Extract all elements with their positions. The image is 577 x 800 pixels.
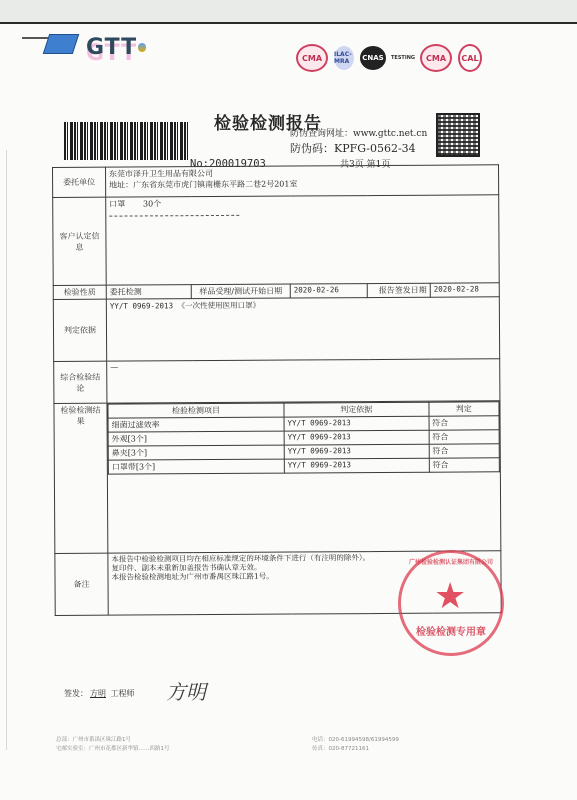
seal-ring-text: 广州检验检测认证集团有限公司 (407, 557, 495, 566)
customer-info-row: 客户认定信息 口罩 30个 (53, 195, 500, 286)
result-basis: YY/T 0969-2013 (284, 416, 429, 431)
customer-info-cell: 口罩 30个 (106, 195, 500, 285)
cma-mark-2-icon: CMA (420, 44, 452, 72)
cnas-mark-icon: CNAS (360, 46, 386, 70)
col-item: 检验检测项目 (108, 403, 284, 418)
results-cell: 检验检测项目 判定依据 判定 细菌过滤效率 YY/T 0969-2013 符合 … (107, 401, 501, 553)
cal-mark-icon: CAL (458, 44, 482, 72)
report-table: 委托单位 东莞市泽升卫生用品有限公司 地址：广东省东莞市虎门镇南栅东平路二巷2号… (52, 164, 502, 616)
results-table: 检验检测项目 判定依据 判定 细菌过滤效率 YY/T 0969-2013 符合 … (107, 401, 499, 474)
qr-code (436, 113, 480, 157)
results-row: 检验检测结果 检验检测项目 判定依据 判定 细菌过滤效率 YY/T 0969-2… (54, 401, 501, 554)
result-verdict: 符合 (429, 458, 499, 472)
basis-label: 判定依据 (53, 299, 106, 361)
scan-edge (6, 150, 7, 750)
signoff-label: 签发： (64, 689, 88, 698)
result-item: 外观[3个] (108, 431, 284, 446)
sample-qty: 30个 (143, 199, 161, 208)
antifake-code: 防伪码：KPFG-0562-34 (290, 140, 416, 156)
star-icon: ★ (434, 579, 466, 615)
customer-info-label: 客户认定信息 (53, 197, 107, 285)
underline (109, 215, 239, 217)
logo-cube-icon (44, 34, 78, 60)
nature-value: 委托检测 (106, 285, 191, 300)
footer-right: 电话：020-61994598/61994599 传真：020-87721161 (312, 736, 399, 754)
sample-name: 口罩 (109, 200, 125, 209)
table-row: 口罩带[3个] YY/T 0969-2013 符合 (108, 458, 499, 474)
result-item: 鼻夹[3个] (108, 445, 284, 460)
logo-text: GTT (86, 35, 137, 60)
footer-lab: 宅邮实验室：广州市花都区新华镇……西路1号 (56, 745, 170, 754)
result-basis: YY/T 0969-2013 (284, 444, 429, 459)
seal-bottom-text: 检验检测专用章 (411, 623, 491, 638)
client-label: 委托单位 (53, 167, 106, 197)
start-date-label: 样品受理/测试开始日期 (191, 284, 290, 299)
logo-globe-icon (138, 43, 146, 52)
client-address: 地址：广东省东莞市虎门镇南栅东平路二巷2号201室 (109, 177, 495, 190)
ilac-mra-mark-icon: ILAC-MRA (334, 46, 354, 70)
col-basis: 判定依据 (284, 402, 429, 417)
footer-left: 总部：广州市番禺区珠江路1号 宅邮实验室：广州市花都区新华镇……西路1号 (56, 736, 170, 754)
result-item: 细菌过滤效率 (108, 417, 284, 432)
result-verdict: 符合 (429, 430, 499, 444)
client-row: 委托单位 东莞市泽升卫生用品有限公司 地址：广东省东莞市虎门镇南栅东平路二巷2号… (53, 165, 499, 198)
conclusion-value: — (107, 359, 500, 403)
cma-mark-icon: CMA (296, 44, 328, 72)
footer-hq: 总部：广州市番禺区珠江路1号 (56, 736, 170, 745)
conclusion-label: 综合检验结论 (54, 361, 107, 403)
footer-fax: 传真：020-87721161 (312, 745, 399, 754)
remarks-label: 备注 (55, 553, 108, 615)
signoff-title: 工程师 (111, 689, 135, 698)
result-basis: YY/T 0969-2013 (284, 430, 429, 445)
client-cell: 东莞市泽升卫生用品有限公司 地址：广东省东莞市虎门镇南栅东平路二巷2号201室 (106, 165, 499, 197)
nature-label: 检验性质 (53, 285, 106, 299)
result-verdict: 符合 (429, 416, 499, 430)
signoff: 签发：方明 工程师 (64, 688, 135, 699)
result-basis: YY/T 0969-2013 (284, 458, 429, 473)
issue-date: 2020-02-28 (430, 283, 499, 297)
handwritten-signature: 方明 (166, 676, 206, 705)
conclusion-row: 综合检验结论 — (54, 359, 500, 404)
result-item: 口罩带[3个] (108, 459, 284, 474)
basis-row: 判定依据 YY/T 0969-2013 《一次性使用医用口罩》 (53, 297, 499, 362)
gtt-logo: GTT (44, 34, 146, 60)
antifake-url: 防伪查询网址：www.gttc.net.cn (290, 126, 427, 139)
official-seal: 广州检验检测认证集团有限公司 ★ 检验检测专用章 (398, 550, 504, 656)
footer-phone: 电话：020-61994598/61994599 (312, 736, 399, 745)
result-verdict: 符合 (429, 444, 499, 458)
certification-marks: CMA ILAC-MRA CNAS TESTING CMA CAL (296, 44, 482, 72)
start-date: 2020-02-26 (290, 284, 367, 298)
barcode (64, 122, 188, 160)
basis-value: YY/T 0969-2013 《一次性使用医用口罩》 (106, 297, 499, 361)
results-label: 检验检测结果 (54, 403, 108, 553)
testing-mark-icon: TESTING (392, 46, 414, 70)
col-verdict: 判定 (429, 402, 499, 416)
issue-date-label: 报告签发日期 (367, 283, 430, 297)
signoff-name: 方明 (90, 689, 106, 698)
